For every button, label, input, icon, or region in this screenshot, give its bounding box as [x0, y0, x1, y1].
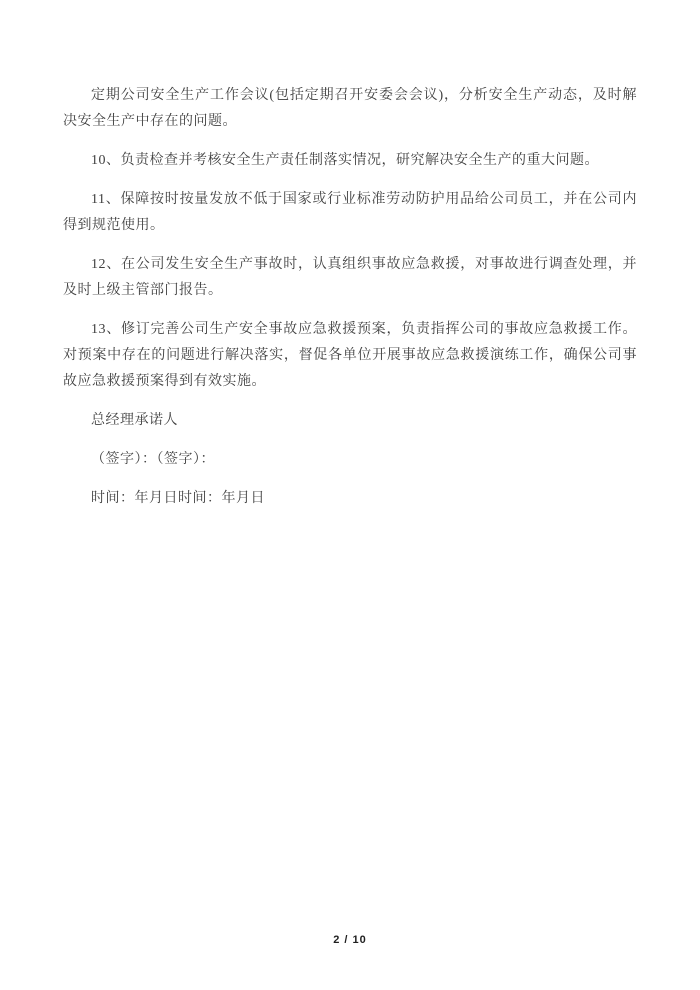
document-body: 定期公司安全生产工作会议(包括定期召开安委会会议)，分析安全生产动态，及时解决安… — [63, 83, 637, 525]
paragraph-item-12: 12、在公司发生安全生产事故时，认真组织事故应急救援，对事故进行调查处理，并及时… — [63, 252, 637, 304]
line-gm-promisor: 总经理承诺人 — [63, 408, 637, 434]
line-date: 时间：年月日时间：年月日 — [63, 486, 637, 512]
document-page: 定期公司安全生产工作会议(包括定期召开安委会会议)，分析安全生产动态，及时解决安… — [0, 0, 700, 990]
page-number: 2 / 10 — [0, 934, 700, 946]
paragraph-safety-meetings: 定期公司安全生产工作会议(包括定期召开安委会会议)，分析安全生产动态，及时解决安… — [63, 83, 637, 135]
paragraph-item-11: 11、保障按时按量发放不低于国家或行业标准劳动防护用品给公司员工，并在公司内得到… — [63, 187, 637, 239]
paragraph-item-10: 10、负责检查并考核安全生产责任制落实情况，研究解决安全生产的重大问题。 — [63, 148, 637, 174]
paragraph-item-13: 13、修订完善公司生产安全事故应急救援预案，负责指挥公司的事故应急救援工作。对预… — [63, 317, 637, 395]
line-signature: （签字）：（签字）： — [63, 447, 637, 473]
